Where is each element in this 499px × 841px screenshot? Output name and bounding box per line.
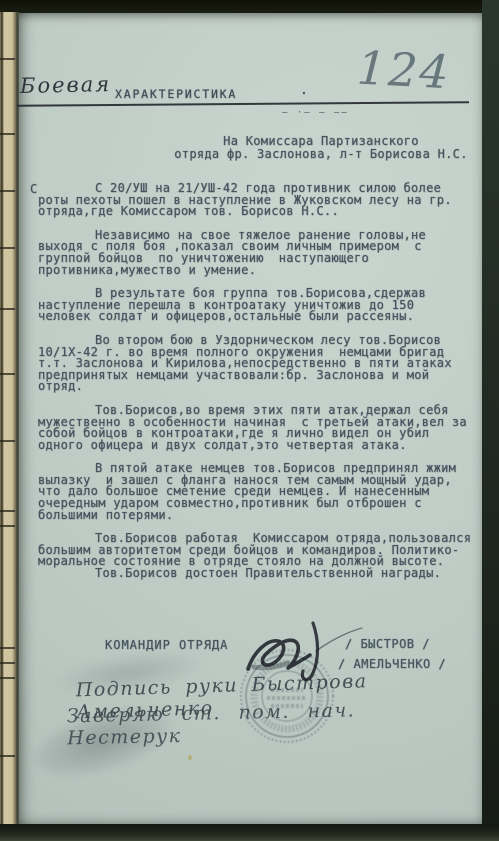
file-binding-edge (0, 12, 19, 826)
document-page: Боевая ХАРАКТЕРИСТИКА . – ·– – –– 124 На… (19, 13, 483, 825)
binding-mark (0, 647, 15, 649)
photo-background-bottom (0, 824, 499, 841)
title-underline (17, 101, 469, 107)
binding-mark (0, 373, 15, 375)
binding-mark (0, 308, 15, 310)
paragraph-1: С 20/УШ на 21/УШ-42 года противник силою… (38, 183, 474, 218)
binding-mark (0, 190, 15, 192)
body-text: С 20/УШ на 21/УШ-42 года противник силою… (38, 183, 474, 592)
binding-mark (0, 440, 15, 442)
addressee-block: На Комиссара Партизанского отряда фр. За… (165, 135, 477, 161)
underline-pen-marks: – ·– – –– (282, 108, 349, 118)
paragraph-5: Тов.Борисов,во время этих пяти атак,держ… (38, 405, 474, 451)
paragraph-7: Тов.Борисов работая Комиссаром отряда,по… (38, 533, 474, 568)
addressee-line-2: отряда фр. Заслонова, л-т Борисова Н.С. (165, 148, 477, 161)
paragraph-2: Независимо на свое тяжелое ранение голов… (38, 230, 474, 276)
binding-mark (0, 525, 15, 527)
photo-background-top (0, 0, 499, 13)
title-trailing-dot: . (300, 83, 308, 98)
binding-mark (0, 58, 15, 60)
scanned-document-photo: Боевая ХАРАКТЕРИСТИКА . – ·– – –– 124 На… (0, 0, 499, 841)
paragraph-4: Во втором бою в Уздорническом лесу тов.Б… (38, 335, 474, 393)
paragraph-6: В пятой атаке немцев тов.Борисов предпри… (38, 463, 474, 521)
binding-mark (0, 677, 15, 679)
binding-mark (0, 247, 15, 249)
document-title: ХАРАКТЕРИСТИКА (115, 87, 237, 101)
handwritten-page-number: 124 (356, 41, 453, 100)
handwritten-word-boevaya: Боевая (20, 72, 112, 98)
paragraph-8: Тов.Борисов достоен Правительственной на… (38, 568, 474, 580)
binding-mark (0, 510, 15, 512)
binding-mark (0, 662, 15, 664)
margin-letter: С (30, 182, 37, 196)
binding-mark (0, 133, 15, 135)
paragraph-3: В результате боя группа тов.Борисова,сде… (38, 288, 474, 323)
photo-background-right (482, 0, 499, 841)
round-stamp (237, 646, 337, 746)
